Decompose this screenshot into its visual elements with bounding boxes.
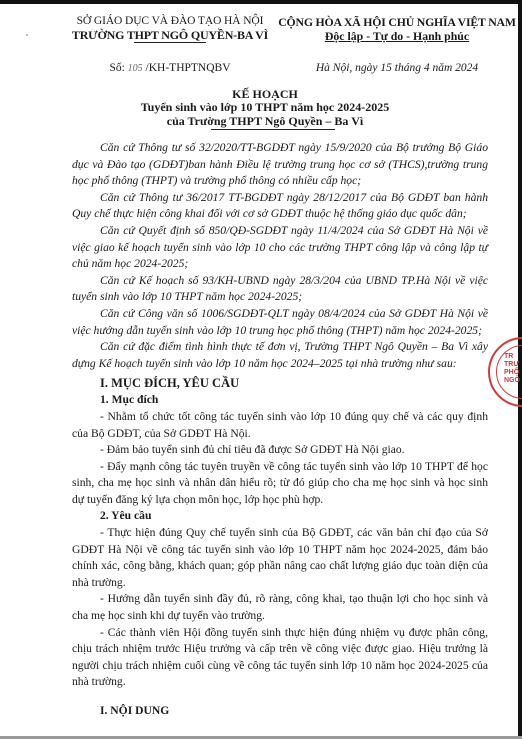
purpose-item: - Nhằm tổ chức tốt công tác tuyển sinh v…: [72, 409, 488, 442]
title-subject: Tuyển sinh vào lớp 10 THPT năm học 2024-…: [100, 101, 430, 115]
legal-basis: Căn cứ Quyết định số 850/QĐ-SGDĐT ngày 1…: [72, 223, 488, 273]
subsection-heading-purpose: 1. Mục đích: [72, 392, 488, 409]
legal-basis: Căn cứ Thông tư số 32/2020/TT-BGDĐT ngày…: [72, 140, 488, 190]
place-date: Hà Nội, ngày 15 tháng 4 năm 2024: [272, 62, 522, 74]
legal-basis: Căn cứ Kế hoạch số 93/KH-UBND ngày 28/3/…: [72, 273, 488, 306]
document-number: Số: 105 /KH-THPTNQBV: [70, 62, 270, 74]
title-underline: [211, 129, 335, 130]
purpose-item: - Đảm bảo tuyển sinh đủ chỉ tiêu đã được…: [72, 442, 488, 459]
section-heading-content: I. NỘI DUNG: [72, 703, 488, 720]
document-title: KẾ HOẠCH Tuyển sinh vào lớp 10 THPT năm …: [100, 88, 430, 130]
national-motto: Độc lập - Tự do - Hạnh phúc: [272, 29, 522, 43]
legal-basis: Căn cứ Thông tư 36/2017 TT-BGDĐT ngày 28…: [72, 190, 488, 223]
official-seal: TR TRƯ PHỔ NGÔ: [488, 337, 522, 407]
legal-basis: Căn cứ Công văn số 1006/SGDĐT-QLT ngày 0…: [72, 306, 488, 339]
republic-title: CỘNG HÒA XÃ HỘI CHỦ NGHĨA VIỆT NAM: [272, 15, 522, 29]
purpose-item: - Đẩy mạnh công tác tuyên truyền về công…: [72, 459, 488, 509]
school-name: TRƯỜNG THPT NGÔ QUYỀN-BA VÌ: [70, 28, 270, 42]
scan-speck: [26, 34, 28, 36]
document-page: SỞ GIÁO DỤC VÀ ĐÀO TẠO HÀ NỘI TRƯỜNG THP…: [0, 4, 518, 736]
doc-number-label: Số:: [109, 62, 124, 74]
doc-number-handwritten: 105: [128, 63, 143, 74]
agency-name: SỞ GIÁO DỤC VÀ ĐÀO TẠO HÀ NỘI: [70, 15, 270, 28]
title-owner: của Trường THPT Ngô Quyền – Ba Vì: [100, 115, 430, 129]
requirement-item: - Hướng dẫn tuyển sinh đầy đủ, rõ ràng, …: [72, 591, 488, 624]
national-header: CỘNG HÒA XÃ HỘI CHỦ NGHĨA VIỆT NAM Độc l…: [272, 15, 522, 43]
subsection-heading-requirements: 2. Yêu cầu: [72, 508, 488, 525]
legal-basis: Căn cứ đặc điểm tình hình thực tế đơn vị…: [72, 339, 488, 372]
doc-number-code: /KH-THPTNQBV: [146, 62, 231, 74]
section-heading-purpose-requirements: I. MỤC ĐÍCH, YÊU CẦU: [72, 375, 488, 392]
requirement-item: - Thực hiện đúng Quy chế tuyển sinh của …: [72, 525, 488, 591]
school-underline: [134, 42, 206, 43]
document-body: Căn cứ Thông tư số 32/2020/TT-BGDĐT ngày…: [72, 140, 488, 720]
seal-text: TR TRƯ PHỔ NGÔ: [504, 353, 520, 385]
issuer-block: SỞ GIÁO DỤC VÀ ĐÀO TẠO HÀ NỘI TRƯỜNG THP…: [70, 15, 270, 43]
requirement-item: - Các thành viên Hội đồng tuyển sinh thự…: [72, 625, 488, 691]
